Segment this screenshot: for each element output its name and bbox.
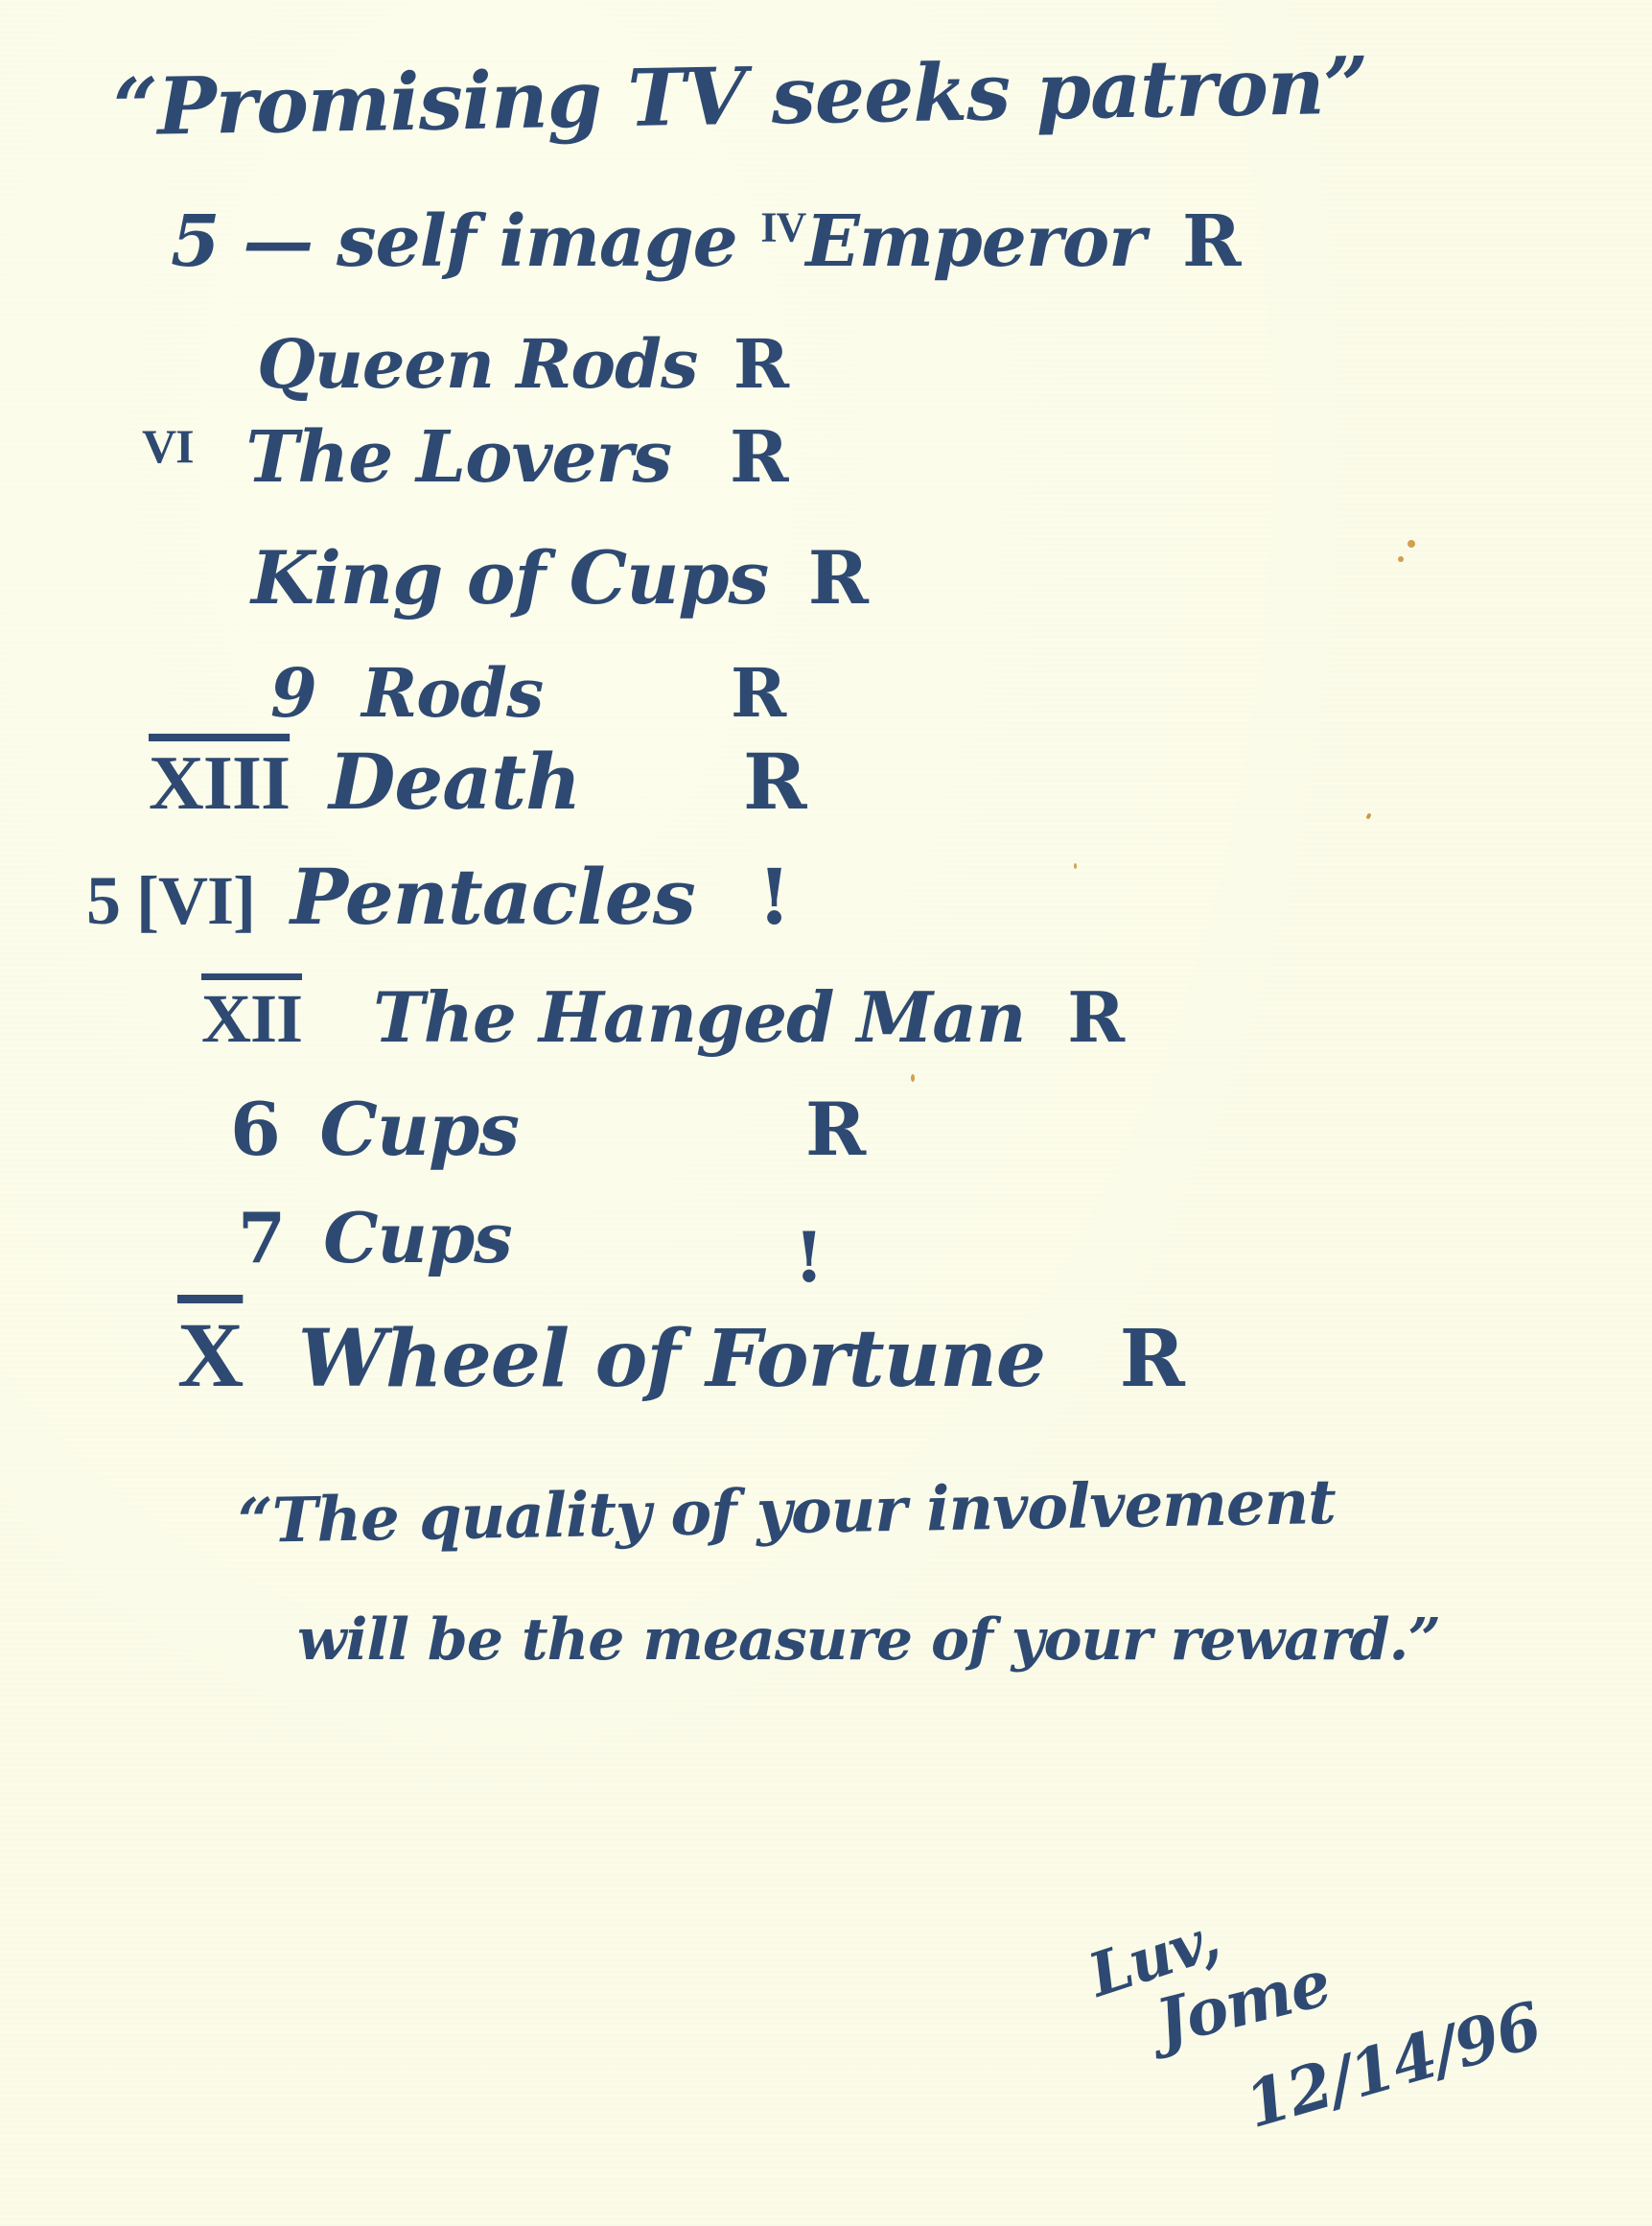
card-name: Rods: [361, 653, 543, 733]
reading-line: King of Cups R: [251, 542, 868, 615]
card-name: Death: [329, 737, 580, 827]
stain-spot: [1398, 556, 1404, 562]
reading-line: VI The Lovers R: [142, 422, 787, 493]
card-mark: R: [808, 535, 868, 621]
quote-line-1: “The quality of your involvement: [238, 1472, 1337, 1553]
card-numeral: 7: [238, 1197, 285, 1278]
card-name: Cups: [319, 1087, 519, 1172]
card-numeral: IV: [760, 203, 805, 250]
stain-spot: [1367, 813, 1371, 817]
card-mark: R: [1067, 976, 1124, 1058]
reading-line: 5 [VI] Pentacles !: [86, 858, 695, 935]
card-numeral: XII: [201, 980, 302, 1057]
card-name: The Lovers: [245, 416, 671, 499]
card-mark: R: [731, 660, 785, 727]
card-mark: R: [805, 1093, 865, 1166]
line-prefix: 5 — self image: [171, 200, 737, 283]
card-numeral: VI: [142, 419, 194, 473]
quote-line-2: will be the measure of your reward.”: [297, 1611, 1440, 1669]
card-mark: R: [743, 743, 805, 820]
reading-line: 7 Cups !: [238, 1204, 512, 1273]
reading-line: 5 — self image IVEmperor R: [171, 206, 1240, 277]
reading-line: 9 Rods R: [270, 660, 543, 727]
card-mark: R: [730, 416, 788, 499]
card-name: Pentacles: [291, 852, 695, 942]
card-name: Cups: [323, 1197, 512, 1278]
card-name: Emperor: [805, 200, 1145, 283]
card-numeral: XIII: [149, 741, 290, 826]
card-mark: !: [794, 1223, 824, 1292]
reading-line: Queen Rods R: [257, 331, 788, 398]
card-mark: R: [1182, 200, 1241, 283]
stain-spot: [1074, 863, 1077, 869]
stain-spot: [1408, 540, 1415, 548]
reading-title: “Promising TV seeks patron”: [112, 47, 1368, 148]
card-numeral: 9: [270, 653, 316, 733]
card-name: Wheel of Fortune: [298, 1313, 1045, 1405]
reading-line: XII The Hanged Man R: [201, 983, 1124, 1053]
card-mark: !: [757, 858, 790, 935]
card-numeral: 5 [VI]: [86, 862, 255, 939]
card-name: The Hanged Man: [373, 976, 1025, 1058]
card-name: King of Cups: [251, 535, 768, 621]
card-numeral: 6: [230, 1087, 280, 1172]
stain-spot: [911, 1074, 915, 1082]
card-mark: R: [1120, 1313, 1184, 1405]
card-name: Queen Rods: [257, 324, 697, 404]
card-numeral: X: [177, 1303, 243, 1406]
reading-line: XIII Death R: [149, 743, 580, 822]
reading-line: 6 Cups R: [230, 1093, 519, 1166]
card-mark: R: [733, 324, 788, 404]
reading-line: X Wheel of Fortune R: [177, 1309, 1184, 1401]
